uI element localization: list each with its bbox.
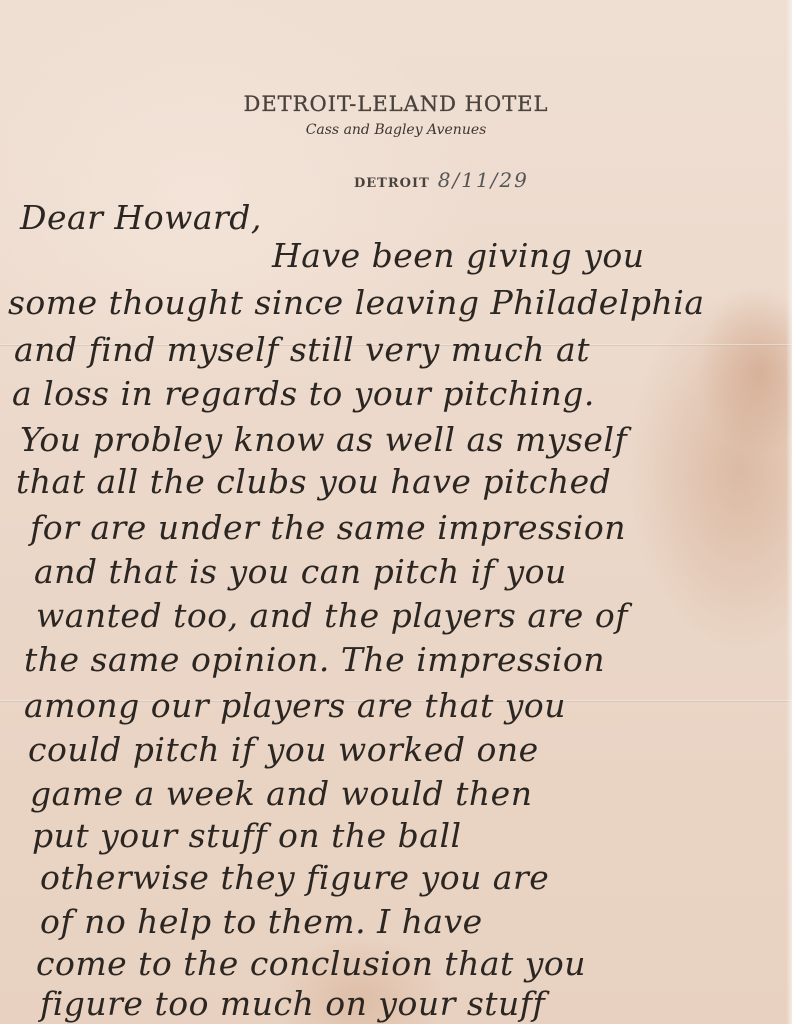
letterhead: DETROIT-LELAND HOTEL Cass and Bagley Ave… [0, 92, 792, 138]
letter-line: a loss in regards to your pitching. [12, 374, 595, 413]
letter-line: and find myself still very much at [14, 330, 590, 369]
letter-line: come to the conclusion that you [36, 944, 586, 983]
letter-line: some thought since leaving Philadelphia [8, 283, 705, 322]
letter-line: You probley know as well as myself [20, 420, 627, 459]
hotel-name: DETROIT-LELAND HOTEL [0, 92, 792, 116]
city: DETROIT [354, 176, 430, 191]
city-date-line: DETROIT 8/11/29 [354, 168, 529, 192]
salutation: Dear Howard, [20, 198, 262, 237]
letter-line: Have been giving you [272, 236, 645, 275]
letter-line: for are under the same impression [30, 508, 626, 547]
letter-line: of no help to them. I have [40, 902, 483, 941]
letter-line: otherwise they figure you are [40, 858, 549, 897]
letter-line: could pitch if you worked one [28, 730, 539, 769]
letter-date: 8/11/29 [438, 168, 529, 192]
letter-line: put your stuff on the ball [32, 816, 462, 855]
letter-line: among our players are that you [24, 686, 566, 725]
letter-line: wanted too, and the players are of [36, 596, 628, 635]
letter-line: figure too much on your stuff [40, 984, 545, 1023]
letter-line: and that is you can pitch if you [34, 552, 567, 591]
letter-line: that all the clubs you have pitched [16, 462, 611, 501]
hotel-address: Cass and Bagley Avenues [0, 122, 792, 138]
letter-line: game a week and would then [30, 774, 532, 813]
paper-edge [786, 0, 792, 1024]
letter-page: DETROIT-LELAND HOTEL Cass and Bagley Ave… [0, 0, 792, 1024]
letter-line: the same opinion. The impression [24, 640, 605, 679]
